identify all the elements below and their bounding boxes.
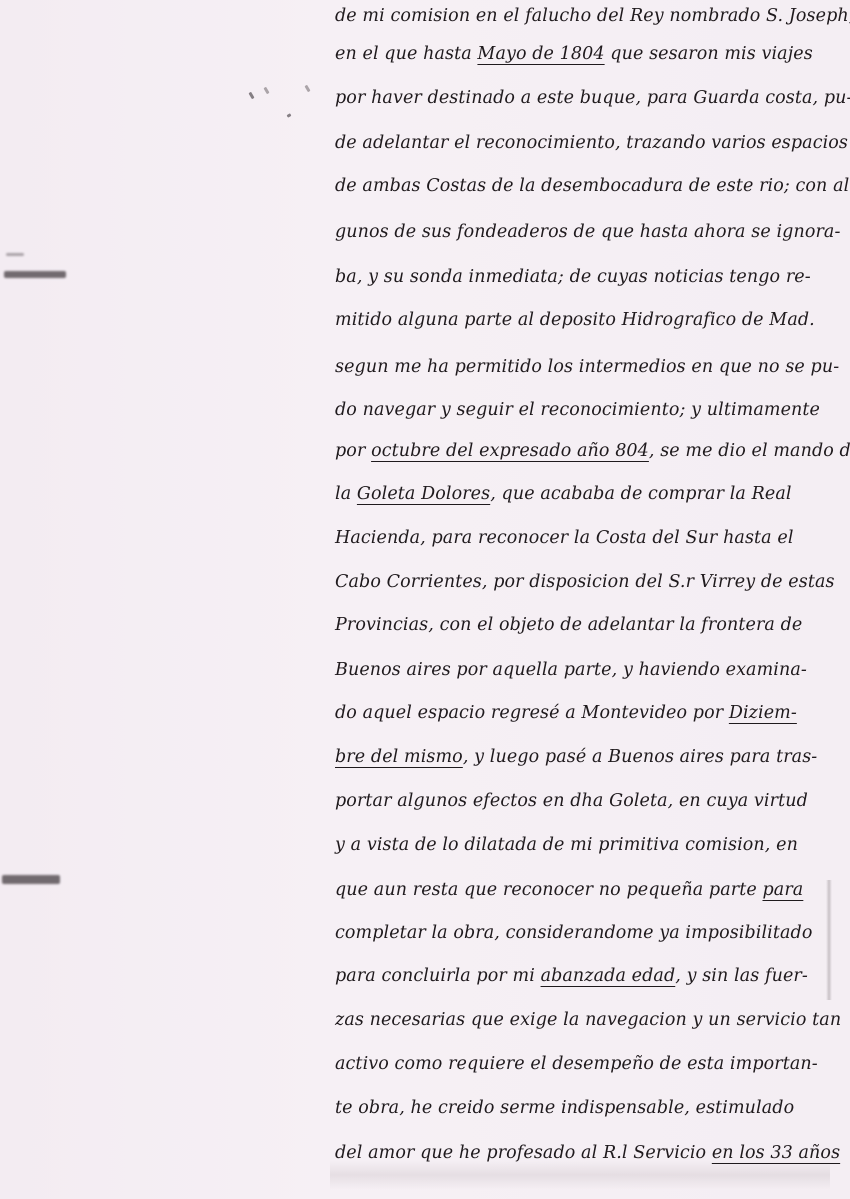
- margin-ink-smudge: [4, 271, 66, 278]
- manuscript-line: bre del mismo, y luego pasé a Buenos air…: [335, 747, 817, 767]
- manuscript-line: Hacienda, para reconocer la Costa del Su…: [335, 528, 794, 548]
- manuscript-line: por octubre del expresado año 804, se me…: [335, 441, 850, 461]
- page-bottom-shadow: [330, 1160, 830, 1190]
- manuscript-line: en el que hasta Mayo de 1804 que sesaron…: [335, 44, 813, 64]
- manuscript-line: portar algunos efectos en dha Goleta, en…: [335, 791, 808, 811]
- manuscript-line: activo como requiere el desempeño de est…: [335, 1054, 818, 1074]
- ink-speck: [287, 113, 292, 118]
- ink-speck: [248, 92, 254, 100]
- manuscript-line: y a vista de lo dilatada de mi primitiva…: [335, 835, 798, 855]
- manuscript-line: por haver destinado a este buque, para G…: [335, 88, 850, 108]
- manuscript-line: para concluirla por mi abanzada edad, y …: [335, 966, 808, 986]
- manuscript-line: de mi comision en el falucho del Rey nom…: [335, 6, 850, 26]
- manuscript-line: zas necesarias que exige la navegacion y…: [335, 1010, 841, 1030]
- ink-speck: [263, 87, 269, 95]
- manuscript-line: ba, y su sonda inmediata; de cuyas notic…: [335, 267, 811, 287]
- manuscript-line: mitido alguna parte al deposito Hidrogra…: [335, 310, 815, 330]
- manuscript-line: te obra, he creido serme indispensable, …: [335, 1098, 794, 1118]
- manuscript-line: do aquel espacio regresé a Montevideo po…: [335, 703, 797, 723]
- margin-ink-smudge: [6, 253, 24, 256]
- manuscript-line: Provincias, con el objeto de adelantar l…: [335, 615, 802, 635]
- manuscript-line: que aun resta que reconocer no pequeña p…: [335, 880, 803, 900]
- manuscript-line: de ambas Costas de la desembocadura de e…: [335, 176, 850, 196]
- manuscript-line: segun me ha permitido los intermedios en…: [335, 357, 839, 377]
- manuscript-line: del amor que he profesado al R.l Servici…: [335, 1143, 840, 1163]
- manuscript-line: Buenos aires por aquella parte, y havien…: [335, 660, 807, 680]
- page-edge-shadow: [826, 880, 832, 1000]
- ink-speck: [304, 85, 310, 93]
- manuscript-line: do navegar y seguir el reconocimiento; y…: [335, 400, 820, 420]
- manuscript-line: la Goleta Dolores, que acababa de compra…: [335, 484, 792, 504]
- manuscript-page: de mi comision en el falucho del Rey nom…: [0, 0, 850, 1199]
- manuscript-line: de adelantar el reconocimiento, trazando…: [335, 133, 848, 153]
- margin-ink-smudge: [2, 875, 60, 884]
- manuscript-line: Cabo Corrientes, por disposicion del S.r…: [335, 572, 835, 592]
- manuscript-line: gunos de sus fondeaderos de que hasta ah…: [335, 222, 840, 242]
- manuscript-line: completar la obra, considerandome ya imp…: [335, 923, 813, 943]
